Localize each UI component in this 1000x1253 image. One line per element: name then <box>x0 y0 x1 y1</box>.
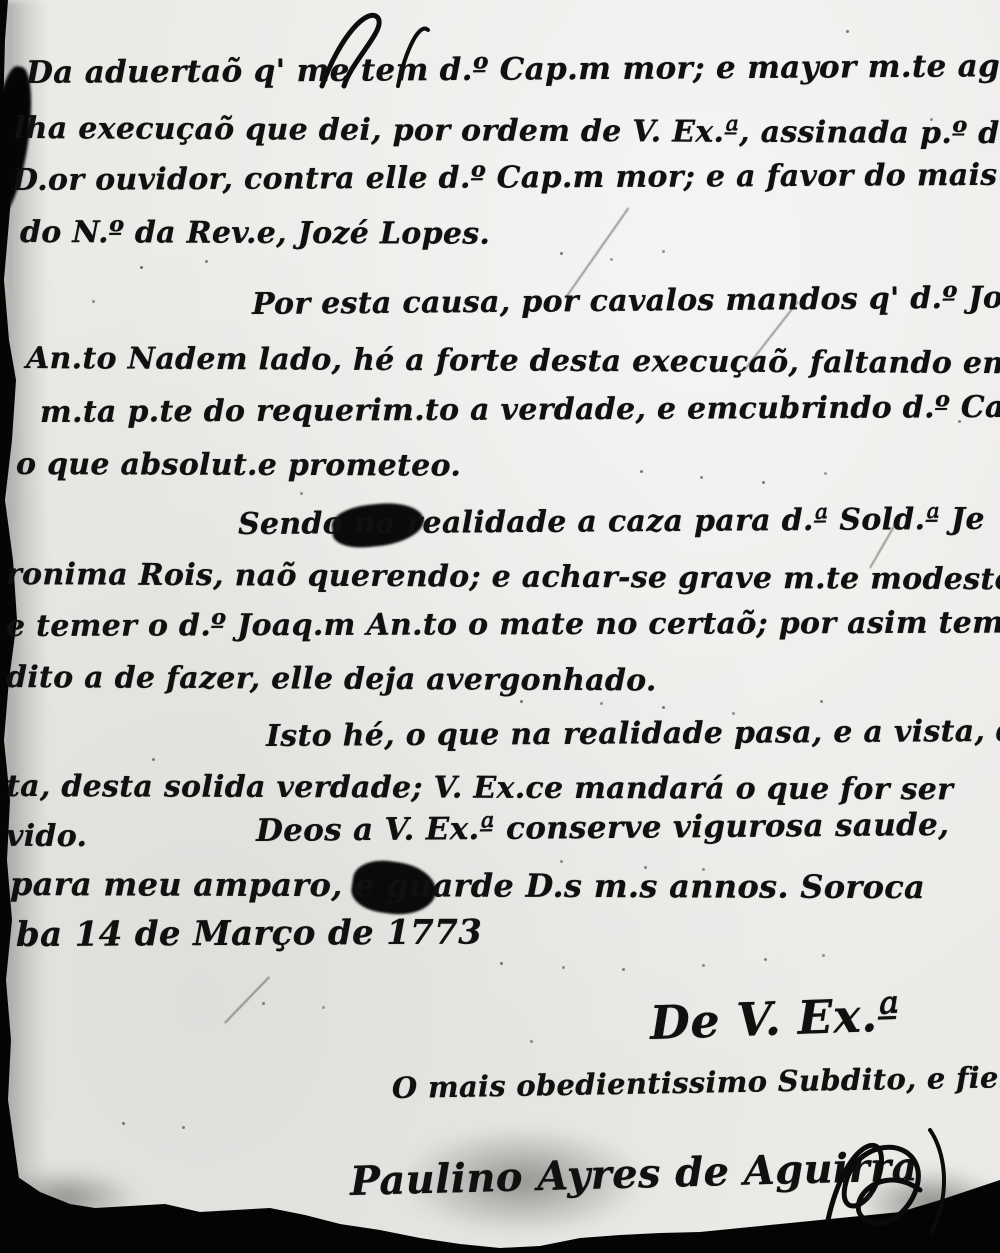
dateline: ba 14 de Março de 1773 <box>16 916 482 952</box>
text-line: dito a de fazer, elle deja avergonhado. <box>6 663 657 696</box>
text-line: An.to Nadem lado, hé a forte desta execu… <box>26 344 1000 379</box>
text-line: ta, desta solida verdade; V. Ex.ce manda… <box>6 772 953 805</box>
text-line: Da aduertaõ q' me tem d.º Cap.m mor; e m… <box>26 50 1000 89</box>
text-line: do N.º da Rev.e, Jozé Lopes. <box>20 218 490 250</box>
text-line: D.or ouvidor, contra elle d.º Cap.m mor;… <box>12 160 1000 196</box>
text-line: ronima Rois, naõ querendo; e achar-se gr… <box>6 560 1000 595</box>
text-line: o que absolut.e prometeo. <box>16 450 461 482</box>
pen-scratch <box>224 976 270 1023</box>
signature-flourish-icon <box>812 1120 982 1245</box>
ink-speckles <box>0 0 3 3</box>
text-line: Por esta causa, por cavalos mandos q' d.… <box>252 283 1000 320</box>
text-line: para meu amparo, e guarde D.s m.s annos.… <box>10 868 925 903</box>
closing-address: De V. Ex.ª <box>649 991 901 1046</box>
text-line: vido. <box>6 822 87 852</box>
text-line: lha execuçaõ que dei, por ordem de V. Ex… <box>14 114 1000 149</box>
manuscript-page: Da aduertaõ q' me tem d.º Cap.m mor; e m… <box>0 0 1000 1253</box>
text-line: Sendo na realidade a caza para d.ª Sold.… <box>238 505 985 540</box>
text-line: Isto hé, o que na realidade pasa, e a vi… <box>266 717 1000 752</box>
closing-subscription: O mais obedientissimo Subdito, e fiel c.… <box>392 1062 1000 1103</box>
text-line: Deos a V. Ex.ª conserve vigurosa saude, <box>256 810 949 847</box>
text-line: m.ta p.te do requerim.to a verdade, e em… <box>40 392 1000 428</box>
text-line: e temer o d.º Joaq.m An.to o mate no cer… <box>6 609 1000 642</box>
